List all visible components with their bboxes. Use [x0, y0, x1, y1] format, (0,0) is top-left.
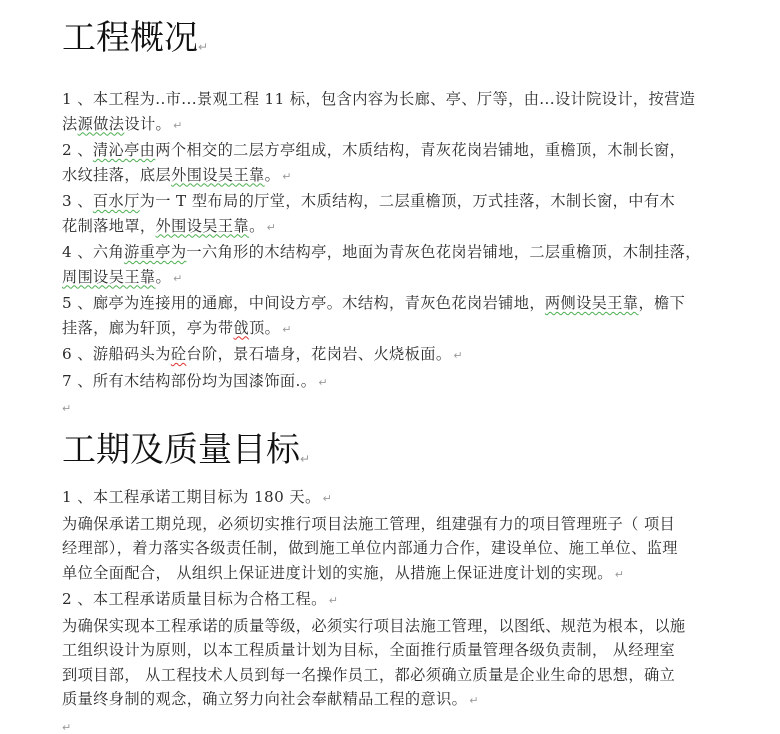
- paragraph-mark-icon: ↵: [267, 221, 277, 234]
- goal-2-detail-line-3: 到项目部， 从工程技术人员到每一名操作员工，都必须确立质量是企业生命的思想，确立: [62, 663, 722, 688]
- text-run: 。: [156, 268, 172, 286]
- paragraph-mark-icon: ↵: [323, 492, 333, 505]
- text-run: 2 、: [62, 141, 93, 159]
- paragraph-mark-icon: ↵: [62, 402, 72, 415]
- goal-item-2: 2 、本工程承诺质量目标为合格工程。↵: [62, 587, 722, 614]
- paragraph-mark-icon: ↵: [173, 272, 183, 285]
- paragraph-mark-icon: ↵: [282, 323, 292, 336]
- spelling-flagged-text: 戗: [233, 319, 249, 337]
- text-run: 质量终身制的观念，确立努力向社会奉献精品工程的意识。: [62, 690, 467, 708]
- grammar-flagged-text: 周围设吴王靠: [62, 268, 156, 286]
- overview-item-1-line-2: 法源做法设计。↵: [62, 112, 722, 139]
- grammar-flagged-text: 游重亭为: [124, 243, 186, 261]
- overview-item-3-line-2: 花制落地罩，外围设吴王靠。↵: [62, 214, 722, 241]
- paragraph-mark-icon: ↵: [282, 170, 292, 183]
- goal-1-detail-line-2: 经理部），着力落实各级责任制，做到施工单位内部通力合作，建设单位、施工单位、监理: [62, 536, 722, 561]
- spelling-flagged-text: 砼: [171, 345, 187, 363]
- overview-item-5-line-2: 挂落，廊为轩顶，亭为带戗顶。↵: [62, 316, 722, 343]
- grammar-flagged-text: 两侧设吴王靠: [545, 294, 639, 312]
- text-run: 3 、: [62, 192, 93, 210]
- text-run: 两个相交的二层方亭组成，木质结构，青灰花岗岩铺地，重檐顶，木制长窗，: [155, 141, 685, 159]
- paragraph-mark-icon: ↵: [198, 40, 208, 54]
- goal-2-detail-line-4: 质量终身制的观念，确立努力向社会奉献精品工程的意识。↵: [62, 687, 722, 714]
- goal-1-detail-line-3: 单位全面配合， 从组织上保证进度计划的实施，从措施上保证进度计划的实现。↵: [62, 561, 722, 588]
- schedule-quality-body: 1 、本工程承诺工期目标为 180 天。↵ 为确保承诺工期兑现，必须切实推行项目…: [62, 485, 722, 734]
- text-run: 花制落地罩，: [62, 217, 156, 235]
- text-run: 顶。: [249, 319, 280, 337]
- text-run: 台阶，景石墙身，花岗岩、火烧板面。: [186, 345, 451, 363]
- paragraph-mark-icon: ↵: [62, 721, 72, 734]
- goal-2-detail-line-2: 工组织设计为原则，以本工程质量计划为目标，全面推行质量管理各级负责制， 从经理室: [62, 638, 722, 663]
- paragraph-mark-icon: ↵: [318, 376, 328, 389]
- paragraph-mark-icon: ↵: [329, 594, 339, 607]
- grammar-flagged-text: 百水厅: [93, 192, 140, 210]
- overview-item-1-line-1: 1 、本工程为..市...景观工程 11 标，包含内容为长廊、亭、厅等，由...…: [62, 87, 722, 112]
- text-run: 7 、所有木结构部份均为国漆饰面.。: [62, 372, 316, 390]
- empty-paragraph: ↵: [62, 714, 722, 734]
- goal-item-1: 1 、本工程承诺工期目标为 180 天。↵: [62, 485, 722, 512]
- grammar-flagged-text: 清沁亭由: [93, 141, 155, 159]
- text-run: 挂落，廊为轩顶，亭为带: [62, 319, 233, 337]
- text-run: 为一 T 型布局的厅堂，木质结构，二层重檐顶，万式挂落，木制长窗，中有木: [140, 192, 675, 210]
- overview-item-6: 6 、游船码头为砼台阶，景石墙身，花岗岩、火烧板面。↵: [62, 342, 722, 369]
- paragraph-mark-icon: ↵: [300, 452, 310, 466]
- text-run: 工组织设计为原则，以本工程质量计划为目标，全面推行质量管理各级负责制， 从经理室: [62, 641, 675, 659]
- grammar-flagged-text: 源做法: [78, 115, 125, 133]
- text-run: 水纹挂落，底层: [62, 166, 171, 184]
- heading-text: 工程概况: [62, 18, 198, 58]
- goal-1-detail-line-1: 为确保承诺工期兑现，必须切实推行项目法施工管理，组建强有力的项目管理班子（ 项目: [62, 512, 722, 537]
- section-heading-schedule-quality-goals: 工期及质量目标↵: [62, 430, 310, 479]
- grammar-flagged-text: 外围设吴王靠: [156, 217, 250, 235]
- overview-item-2-line-1: 2 、清沁亭由两个相交的二层方亭组成，木质结构，青灰花岗岩铺地，重檐顶，木制长窗…: [62, 138, 722, 163]
- section-heading-project-overview: 工程概况↵: [62, 18, 208, 67]
- text-run: 6 、游船码头为: [62, 345, 171, 363]
- empty-paragraph: ↵: [62, 395, 722, 422]
- text-run: 设计。: [124, 115, 171, 133]
- text-run: 单位全面配合， 从组织上保证进度计划的实施，从措施上保证进度计划的实现。: [62, 564, 613, 582]
- text-run: 5 、廊亭为连接用的通廊，中间设方亭。木结构，青灰色花岗岩铺地，: [62, 294, 545, 312]
- overview-item-7: 7 、所有木结构部份均为国漆饰面.。↵: [62, 369, 722, 396]
- text-run: 法: [62, 115, 78, 133]
- overview-item-2-line-2: 水纹挂落，底层外围设吴王靠。↵: [62, 163, 722, 190]
- overview-item-4-line-1: 4 、六角游重亭为一六角形的木结构亭，地面为青灰色花岗岩铺地，二层重檐顶，木制挂…: [62, 240, 722, 265]
- paragraph-mark-icon: ↵: [453, 349, 463, 362]
- paragraph-mark-icon: ↵: [469, 694, 479, 707]
- overview-item-3-line-1: 3 、百水厅为一 T 型布局的厅堂，木质结构，二层重檐顶，万式挂落，木制长窗，中…: [62, 189, 722, 214]
- text-run: 为确保承诺工期兑现，必须切实推行项目法施工管理，组建强有力的项目管理班子（ 项目: [62, 515, 675, 533]
- text-run: 为确保实现本工程承诺的质量等级，必须实行项目法施工管理，以图纸、规范为根本，以施: [62, 617, 686, 635]
- overview-item-4-line-2: 周围设吴王靠。↵: [62, 265, 722, 292]
- project-overview-body: 1 、本工程为..市...景观工程 11 标，包含内容为长廊、亭、厅等，由...…: [62, 87, 722, 422]
- text-run: 2 、本工程承诺质量目标为合格工程。: [62, 590, 327, 608]
- text-run: 1 、本工程为..市...景观工程 11 标，包含内容为长廊、亭、厅等，由...…: [62, 90, 695, 108]
- text-run: 一六角形的木结构亭，地面为青灰色花岗岩铺地，二层重檐顶，木制挂落，: [186, 243, 700, 261]
- goal-2-detail-line-1: 为确保实现本工程承诺的质量等级，必须实行项目法施工管理，以图纸、规范为根本，以施: [62, 614, 722, 639]
- text-run: ，檐下: [638, 294, 685, 312]
- text-run: 。: [249, 217, 265, 235]
- paragraph-mark-icon: ↵: [615, 568, 625, 581]
- text-run: 4 、六角: [62, 243, 124, 261]
- text-run: 。: [265, 166, 281, 184]
- text-run: 1 、本工程承诺工期目标为 180 天。: [62, 488, 321, 506]
- grammar-flagged-text: 外围设吴王靠: [171, 166, 265, 184]
- paragraph-mark-icon: ↵: [173, 119, 183, 132]
- text-run: 经理部），着力落实各级责任制，做到施工单位内部通力合作，建设单位、施工单位、监理: [62, 539, 678, 557]
- text-run: 到项目部， 从工程技术人员到每一名操作员工，都必须确立质量是企业生命的思想，确立: [62, 666, 675, 684]
- overview-item-5-line-1: 5 、廊亭为连接用的通廊，中间设方亭。木结构，青灰色花岗岩铺地，两侧设吴王靠，檐…: [62, 291, 722, 316]
- heading-text: 工期及质量目标: [62, 430, 300, 470]
